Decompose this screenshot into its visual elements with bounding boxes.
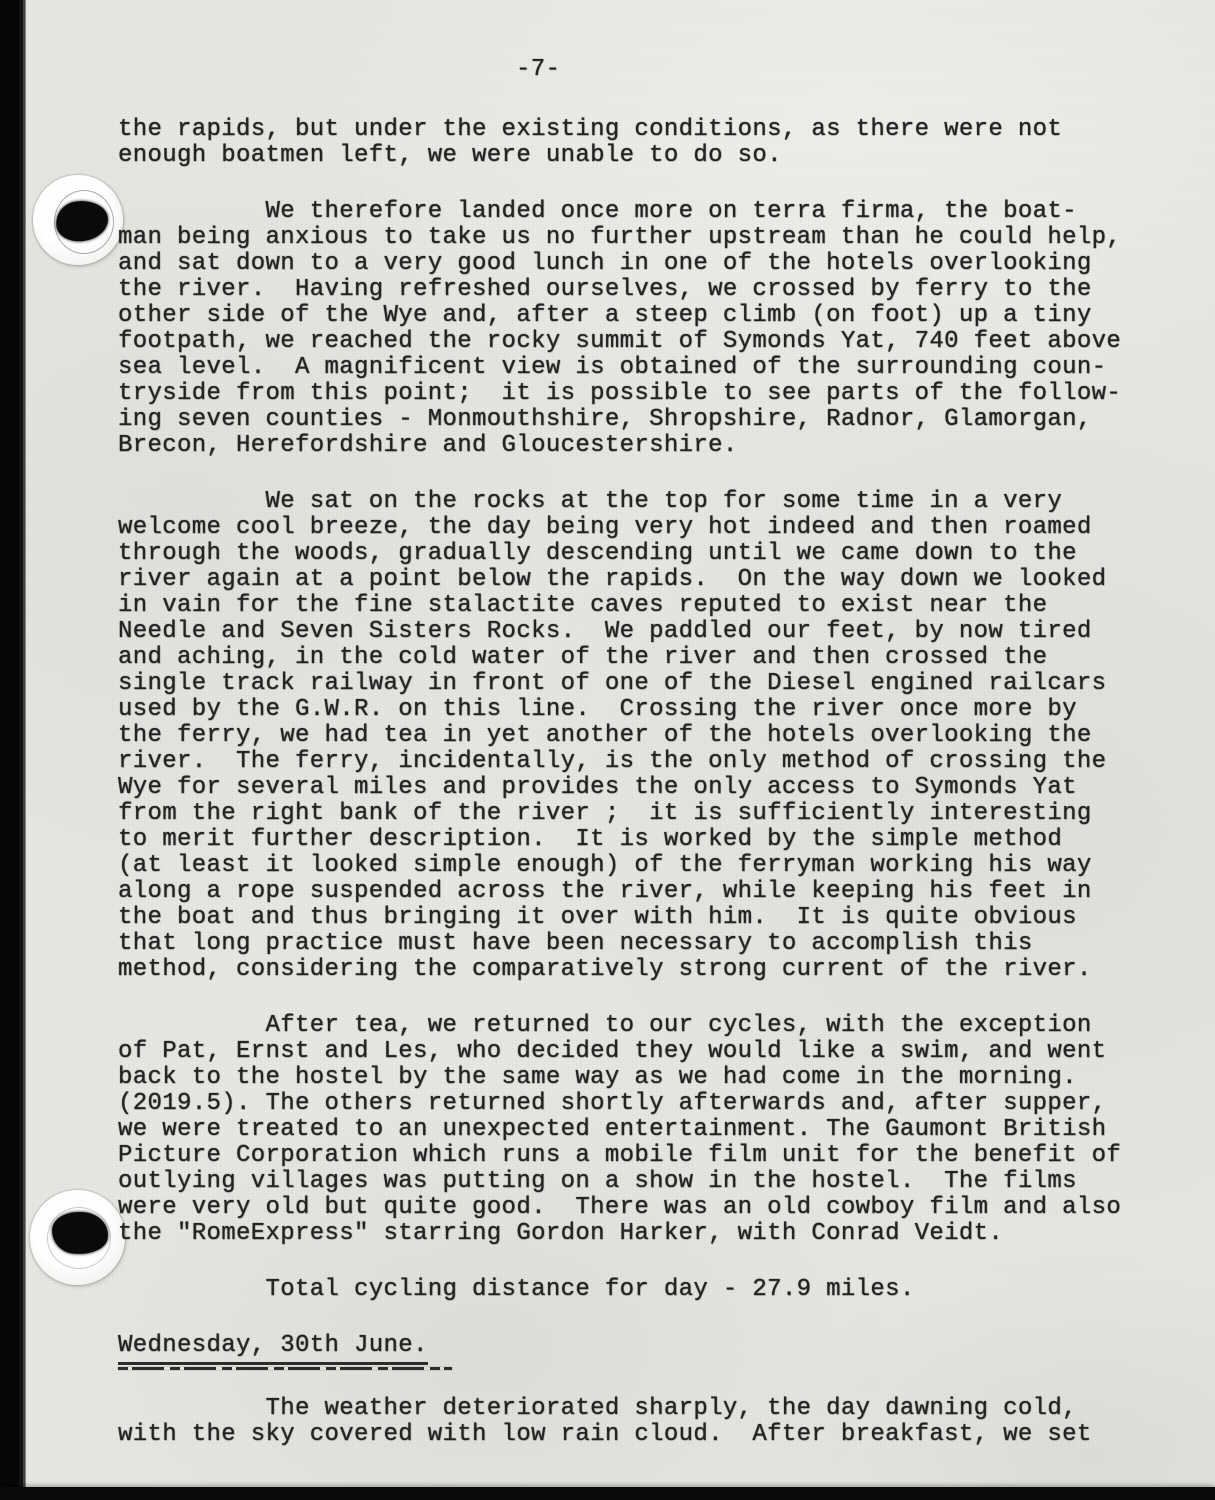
text-line: tryside from this point; it is possible …: [118, 381, 1188, 407]
text-line: river again at a point below the rapids.…: [118, 567, 1188, 593]
text-line: method, considering the comparatively st…: [118, 957, 1188, 983]
date-heading: Wednesday, 30th June.: [118, 1333, 1188, 1370]
paragraph: We sat on the rocks at the top for some …: [118, 489, 1188, 983]
heading-underline: [118, 1367, 452, 1370]
text-line: back to the hostel by the same way as we…: [118, 1065, 1188, 1091]
text-line: were very old but quite good. There was …: [118, 1195, 1188, 1221]
text-line: the river. Having refreshed ourselves, w…: [118, 277, 1188, 303]
text-line: sea level. A magnificent view is obtaine…: [118, 355, 1188, 381]
text-line: from the right bank of the river ; it is…: [118, 801, 1188, 827]
text-line: the ferry, we had tea in yet another of …: [118, 723, 1188, 749]
hole-punch-top: [33, 175, 123, 265]
text-line: (2019.5). The others returned shortly af…: [118, 1091, 1188, 1117]
text-line: the rapids, but under the existing condi…: [118, 117, 1188, 143]
text-line: (at least it looked simple enough) of th…: [118, 853, 1188, 879]
text-line: used by the G.W.R. on this line. Crossin…: [118, 697, 1188, 723]
text-line: The weather deteriorated sharply, the da…: [118, 1396, 1188, 1422]
paragraph: We therefore landed once more on terra f…: [118, 199, 1188, 459]
text-line: through the woods, gradually descending …: [118, 541, 1188, 567]
hole-punch-bottom: [30, 1190, 125, 1285]
text-line: ing seven counties - Monmouthshire, Shro…: [118, 407, 1188, 433]
text-line: We therefore landed once more on terra f…: [118, 199, 1188, 225]
text-line: Brecon, Herefordshire and Gloucestershir…: [118, 433, 1188, 459]
text-line: footpath, we reached the rocky summit of…: [118, 329, 1188, 355]
text-line: that long practice must have been necess…: [118, 931, 1188, 957]
text-line: and aching, in the cold water of the riv…: [118, 645, 1188, 671]
text-line: and sat down to a very good lunch in one…: [118, 251, 1188, 277]
text-line: along a rope suspended across the river,…: [118, 879, 1188, 905]
text-line: with the sky covered with low rain cloud…: [118, 1422, 1188, 1448]
text-line: Wye for several miles and provides the o…: [118, 775, 1188, 801]
text-line: Total cycling distance for day - 27.9 mi…: [118, 1277, 1188, 1303]
text-line: Picture Corporation which runs a mobile …: [118, 1143, 1188, 1169]
text-line: in vain for the fine stalactite caves re…: [118, 593, 1188, 619]
scan-edge-bottom: [0, 1487, 1215, 1500]
text-line: outlying villages was putting on a show …: [118, 1169, 1188, 1195]
text-line: other side of the Wye and, after a steep…: [118, 303, 1188, 329]
paragraph: After tea, we returned to our cycles, wi…: [118, 1013, 1188, 1247]
text-line: We sat on the rocks at the top for some …: [118, 489, 1188, 515]
text-line: Wednesday, 30th June.: [118, 1333, 428, 1365]
text-line: we were treated to an unexpected enterta…: [118, 1117, 1188, 1143]
text-line: Needle and Seven Sisters Rocks. We paddl…: [118, 619, 1188, 645]
text-line: of Pat, Ernst and Les, who decided they …: [118, 1039, 1188, 1065]
text-line: river. The ferry, incidentally, is the o…: [118, 749, 1188, 775]
text-line: man being anxious to take us no further …: [118, 225, 1188, 251]
text-line: single track railway in front of one of …: [118, 671, 1188, 697]
paragraph: The weather deteriorated sharply, the da…: [118, 1396, 1188, 1448]
text-line: After tea, we returned to our cycles, wi…: [118, 1013, 1188, 1039]
page-number: -7-: [516, 57, 560, 83]
scan-edge-left: [0, 0, 26, 1500]
text-line: enough boatmen left, we were unable to d…: [118, 143, 1188, 169]
text-line: to merit further description. It is work…: [118, 827, 1188, 853]
paragraph: the rapids, but under the existing condi…: [118, 117, 1188, 169]
text-line: the "RomeExpress" starring Gordon Harker…: [118, 1221, 1188, 1247]
text-line: the boat and thus bringing it over with …: [118, 905, 1188, 931]
text-line: welcome cool breeze, the day being very …: [118, 515, 1188, 541]
paragraph: Total cycling distance for day - 27.9 mi…: [118, 1277, 1188, 1303]
document-body: the rapids, but under the existing condi…: [118, 117, 1188, 1448]
